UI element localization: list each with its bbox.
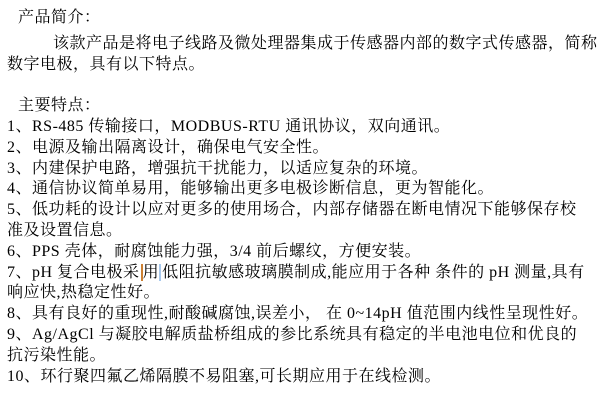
feature-3: 3、内建保护电路，增强抗干扰能力，以适应复杂的环境。	[7, 159, 603, 180]
feature-7-line-1: 7、pH 复合电极采用低阻抗敏感玻璃膜制成,能应用于各种 条件的 pH 测量,具…	[7, 263, 603, 284]
feature-9-line-1: 9、Ag/AgCl 与凝胶电解质盐桥组成的参比系统具有稳定的半电池电位和优良的	[7, 325, 603, 346]
feature-9-line-2: 抗污染性能。	[7, 346, 603, 367]
feature-4: 4、通信协议简单易用，能够输出更多电极诊断信息，更为智能化。	[7, 179, 603, 200]
product-description-document: 产品简介： 该款产品是将电子线路及微处理器集成于传感器内部的数字式传感器，简称 …	[0, 0, 609, 387]
feature-5-line-1: 5、低功耗的设计以应对更多的使用场合，内部存储器在断电情况下能够保存校	[7, 200, 603, 221]
cursor-highlighted-char: 用	[141, 264, 162, 281]
intro-heading: 产品简介：	[7, 8, 603, 29]
blank-line	[7, 75, 603, 96]
feature-1: 1、RS-485 传输接口，MODBUS-RTU 通讯协议，双向通讯。	[7, 117, 603, 138]
feature-5-line-2: 准及设置信息。	[7, 221, 603, 242]
feature-7-line-2: 响应快,热稳定性好。	[7, 283, 603, 304]
feature-7-text-post: 低阻抗敏感玻璃膜制成,能应用于各种 条件的 pH 测量,具有	[162, 264, 585, 281]
intro-line-2: 数字电极，具有以下特点。	[7, 55, 603, 76]
feature-6: 6、PPS 壳体，耐腐蚀能力强，3/4 前后螺纹，方便安装。	[7, 242, 603, 263]
features-heading: 主要特点：	[7, 96, 603, 117]
intro-line-1: 该款产品是将电子线路及微处理器集成于传感器内部的数字式传感器，简称	[7, 34, 603, 55]
feature-8: 8、具有良好的重现性,耐酸碱腐蚀,误差小， 在 0~14pH 值范围内线性呈现性…	[7, 304, 603, 325]
feature-7-text-pre: 7、pH 复合电极采	[7, 264, 140, 281]
feature-10: 10、环行聚四氟乙烯隔膜不易阻塞,可长期应用于在线检测。	[7, 367, 603, 388]
feature-2: 2、电源及输出隔离设计，确保电气安全性。	[7, 138, 603, 159]
